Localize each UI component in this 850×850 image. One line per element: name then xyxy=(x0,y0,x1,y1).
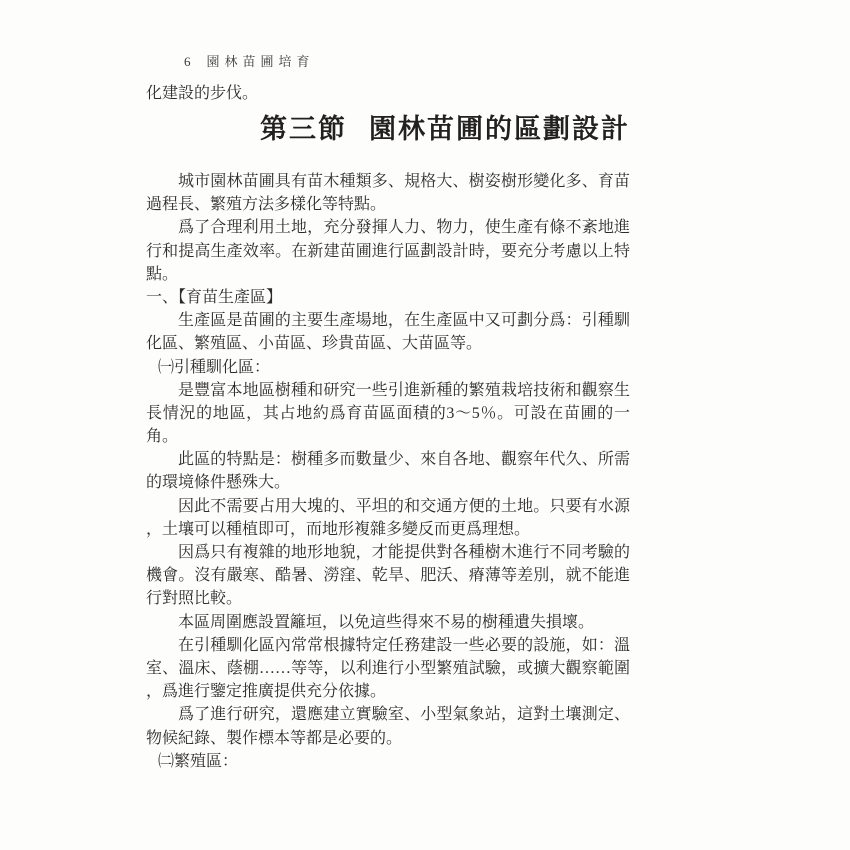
body-line: 物候紀錄、製作標本等都是必要的。 xyxy=(146,727,630,750)
body-line: 室、溫床、蔭棚……等等，以利進行小型繁殖試驗，或擴大觀察範圍 xyxy=(146,657,630,680)
body-line: 因爲只有複雜的地形地貌，才能提供對各種樹木進行不同考驗的 xyxy=(146,541,630,564)
body-line: 行對照比較。 xyxy=(146,587,630,610)
body-line: 因此不需要占用大塊的、平坦的和交通方便的土地。只要有水源 xyxy=(146,495,630,518)
body-line: 角。 xyxy=(146,425,630,448)
heading-yumiao-shengchanqu: 一、【育苗生產區】 xyxy=(146,286,630,309)
page-number: 6 xyxy=(184,53,191,71)
body-line: ，土壤可以種植即可，而地形複雜多變反而更爲理想。 xyxy=(146,518,630,541)
body-line: ，爲進行鑒定推廣提供充分依據。 xyxy=(146,680,630,703)
body-line: 長情況的地區，其占地約爲育苗區面積的3～5％。可設在苗圃的一 xyxy=(146,402,630,425)
book-page: 6園林苗圃培育 化建設的步伐。 第三節 園林苗圃的區劃設計 城市園林苗圃具有苗木… xyxy=(0,0,850,850)
body-line: 過程長、繁殖方法多樣化等特點。 xyxy=(146,193,630,216)
section-heading: 第三節 園林苗圃的區劃設計 xyxy=(146,112,630,146)
body-line: 城市園林苗圃具有苗木種類多、規格大、樹姿樹形變化多、育苗 xyxy=(146,170,630,193)
body-line: 機會。沒有嚴寒、酷暑、澇窪、乾旱、肥沃、瘠薄等差別，就不能進 xyxy=(146,564,630,587)
running-header: 6園林苗圃培育 xyxy=(184,53,315,71)
carryover-line: 化建設的步伐。 xyxy=(146,82,630,105)
body-line: 的環境條件懸殊大。 xyxy=(146,471,630,494)
body-line: 生產區是苗圃的主要生產場地，在生產區中又可劃分爲：引種馴 xyxy=(146,309,630,332)
body-line: 是豐富本地區樹種和研究一些引進新種的繁殖栽培技術和觀察生 xyxy=(146,379,630,402)
body-line: 化區、繁殖區、小苗區、珍貴苗區、大苗區等。 xyxy=(146,332,630,355)
body-line: 爲了進行研究，還應建立實驗室、小型氣象站，這對土壤測定、 xyxy=(146,703,630,726)
section-title: 園林苗圃的區劃設計 xyxy=(369,112,630,146)
section-number: 第三節 xyxy=(260,112,347,146)
body-text: 城市園林苗圃具有苗木種類多、規格大、樹姿樹形變化多、育苗 過程長、繁殖方法多樣化… xyxy=(146,170,630,773)
body-line: 此區的特點是：樹種多而數量少、來自各地、觀察年代久、所需 xyxy=(146,448,630,471)
body-line: 行和提高生產效率。在新建苗圃進行區劃設計時，要充分考慮以上特 xyxy=(146,240,630,263)
body-line: 點。 xyxy=(146,263,630,286)
heading-yinzhong-xunhuaqu: ㈠引種馴化區： xyxy=(146,356,630,379)
body-line: 本區周圍應設置籬垣，以免這些得來不易的樹種遺失損壞。 xyxy=(146,611,630,634)
running-title: 園林苗圃培育 xyxy=(207,54,315,69)
body-line: 爲了合理利用土地，充分發揮人力、物力，使生產有條不紊地進 xyxy=(146,216,630,239)
heading-fanzhiqu: ㈡繁殖區： xyxy=(146,750,630,773)
body-line: 在引種馴化區內常常根據特定任務建設一些必要的設施，如：溫 xyxy=(146,634,630,657)
